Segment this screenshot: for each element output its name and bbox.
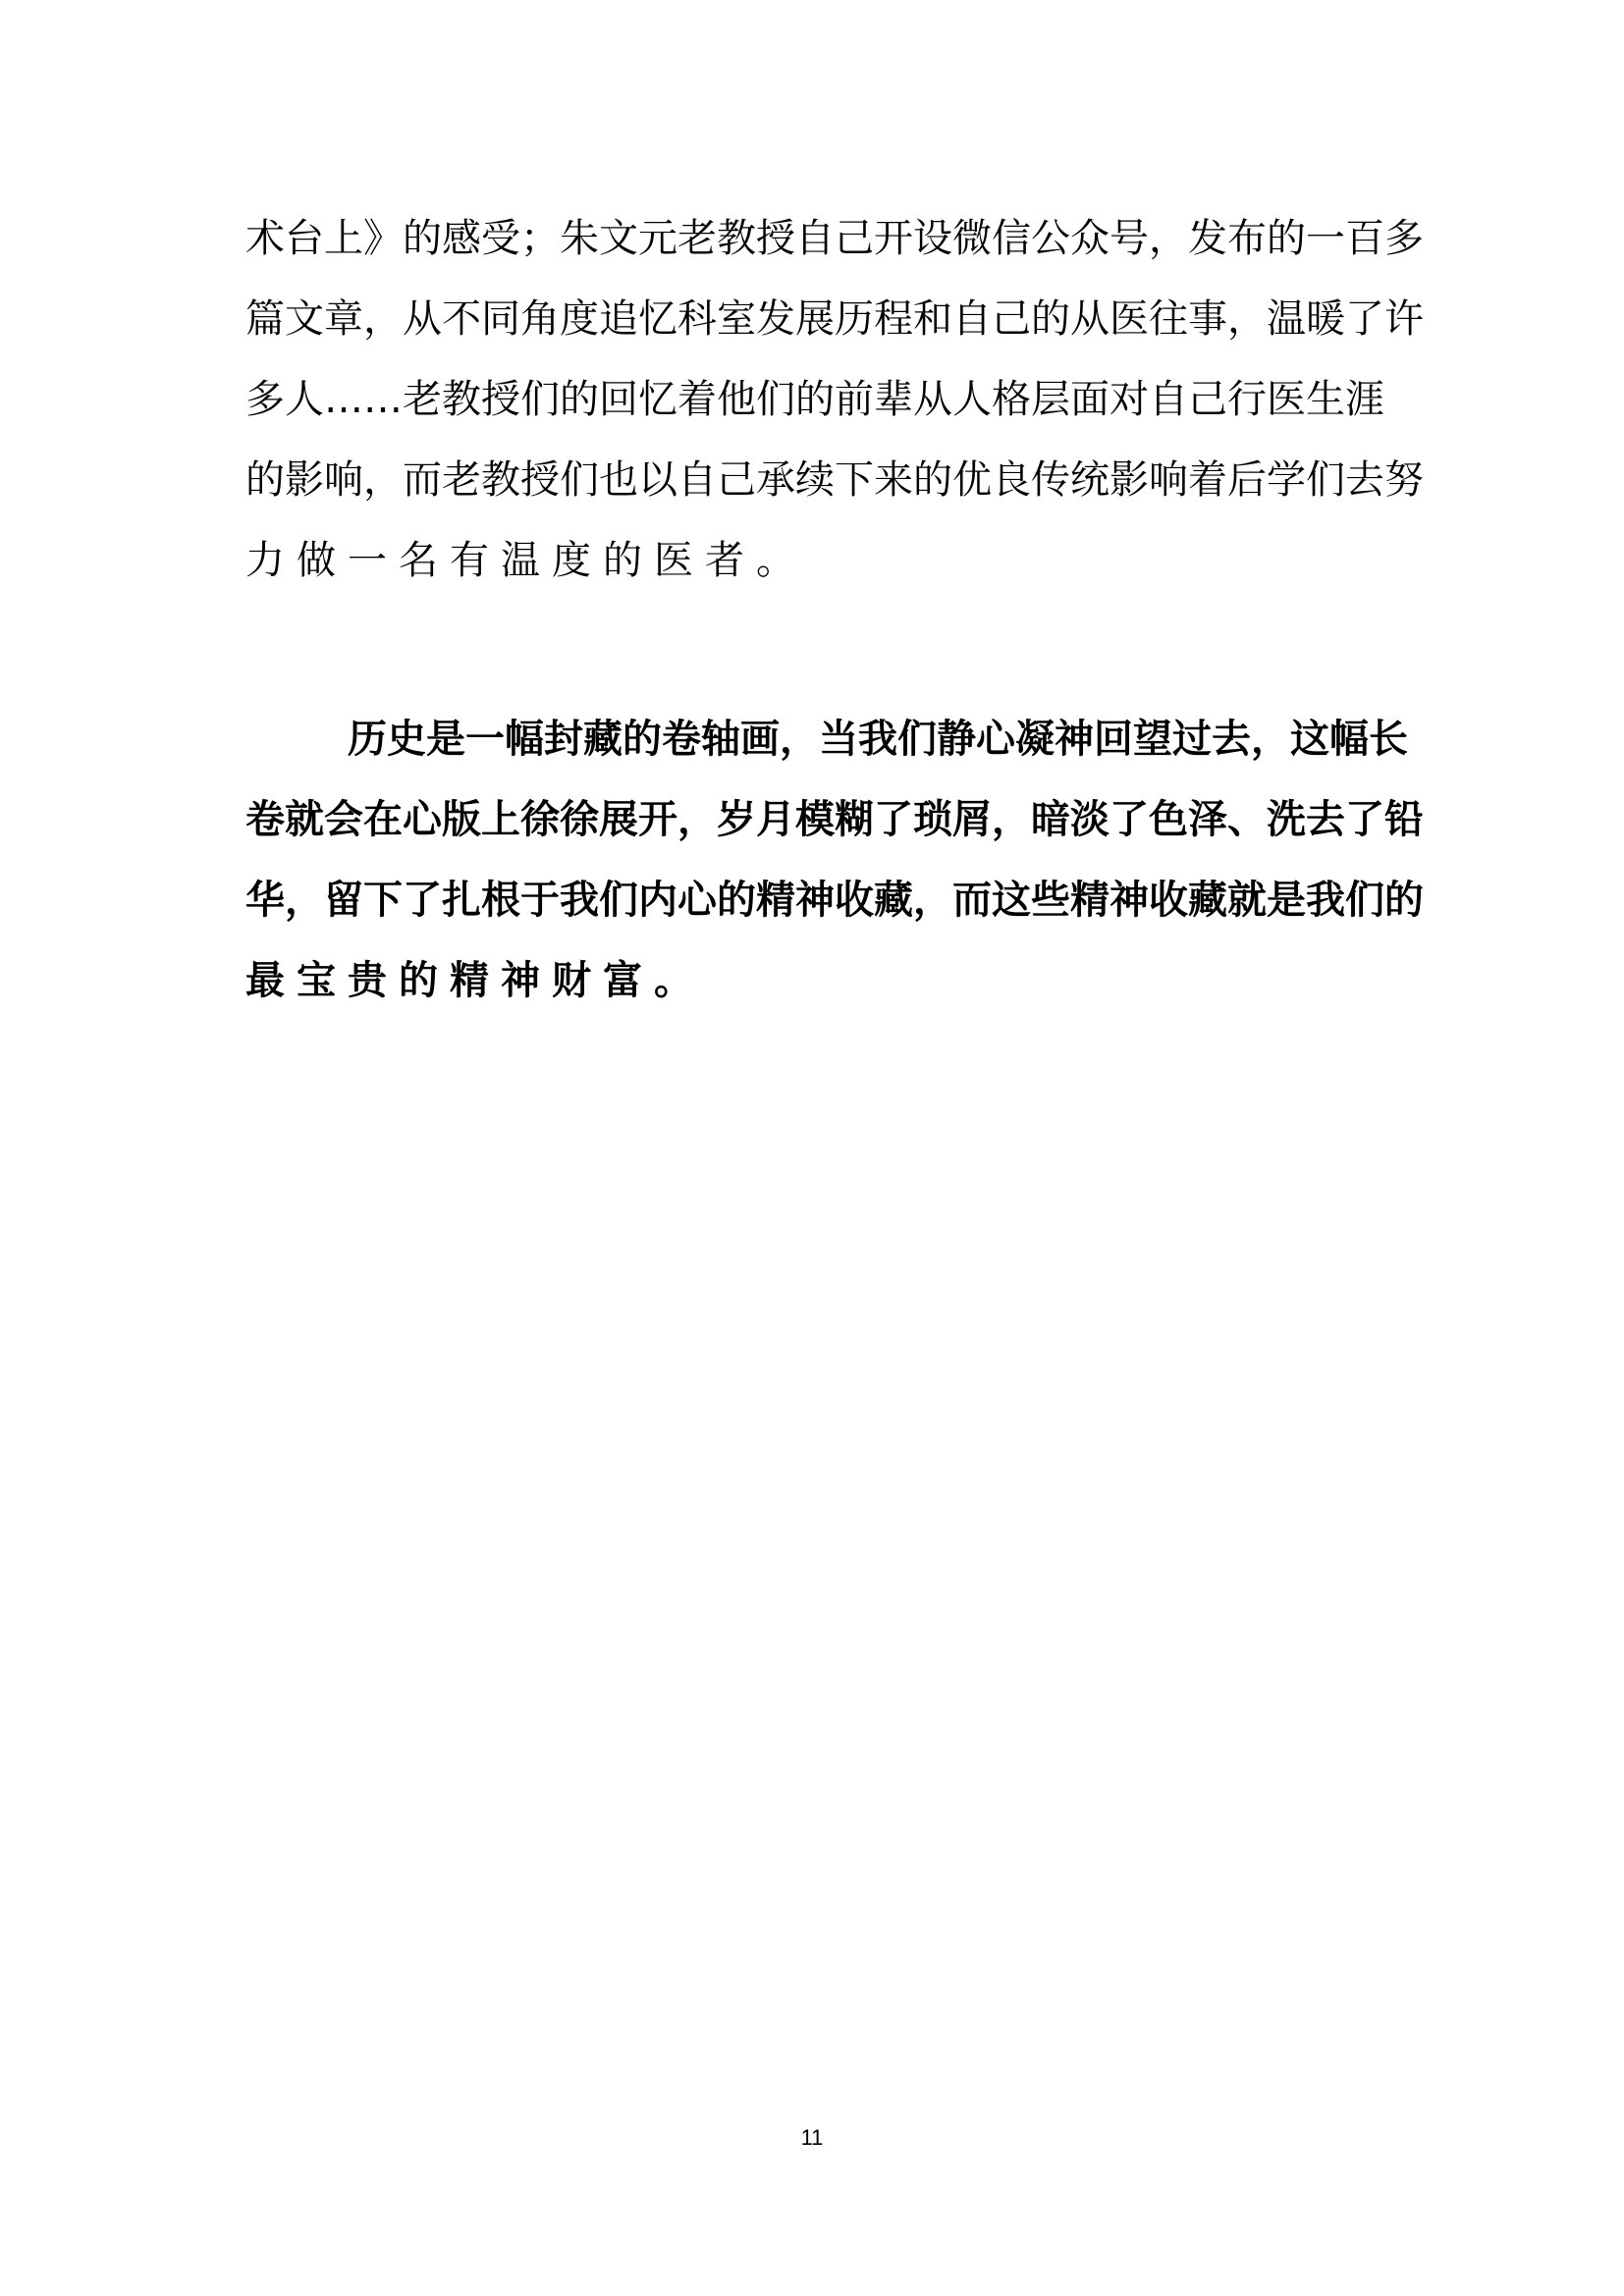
paragraph-line: 多人……老教授们的回忆着他们的前辈从人格层面对自己行医生涯 [245,359,1384,440]
page-number: 11 [0,2123,1624,2153]
paragraph-1: 术台上》的感受；朱文元老教授自己开设微信公众号，发布的一百多 篇文章，从不同角度… [245,198,1384,601]
paragraph-line: 力做一名有温度的医者。 [245,520,1384,601]
paragraph-2: 历史是一幅封藏的卷轴画，当我们静心凝神回望过去，这幅长 卷就会在心版上徐徐展开，… [245,699,1384,1021]
paragraph-line: 的影响，而老教授们也以自己承续下来的优良传统影响着后学们去努 [245,440,1384,520]
paragraph-line: 华，留下了扎根于我们内心的精神收藏，而这些精神收藏就是我们的 [245,860,1384,940]
paragraph-line: 最宝贵的精神财富。 [245,940,1384,1021]
paragraph-line: 篇文章，从不同角度追忆科室发展历程和自己的从医往事，温暖了许 [245,279,1384,359]
paragraph-line: 卷就会在心版上徐徐展开，岁月模糊了琐屑，暗淡了色泽、洗去了铅 [245,779,1384,860]
paragraph-line: 历史是一幅封藏的卷轴画，当我们静心凝神回望过去，这幅长 [245,699,1384,779]
paragraph-line: 术台上》的感受；朱文元老教授自己开设微信公众号，发布的一百多 [245,198,1384,279]
document-page: 术台上》的感受；朱文元老教授自己开设微信公众号，发布的一百多 篇文章，从不同角度… [0,0,1624,2296]
